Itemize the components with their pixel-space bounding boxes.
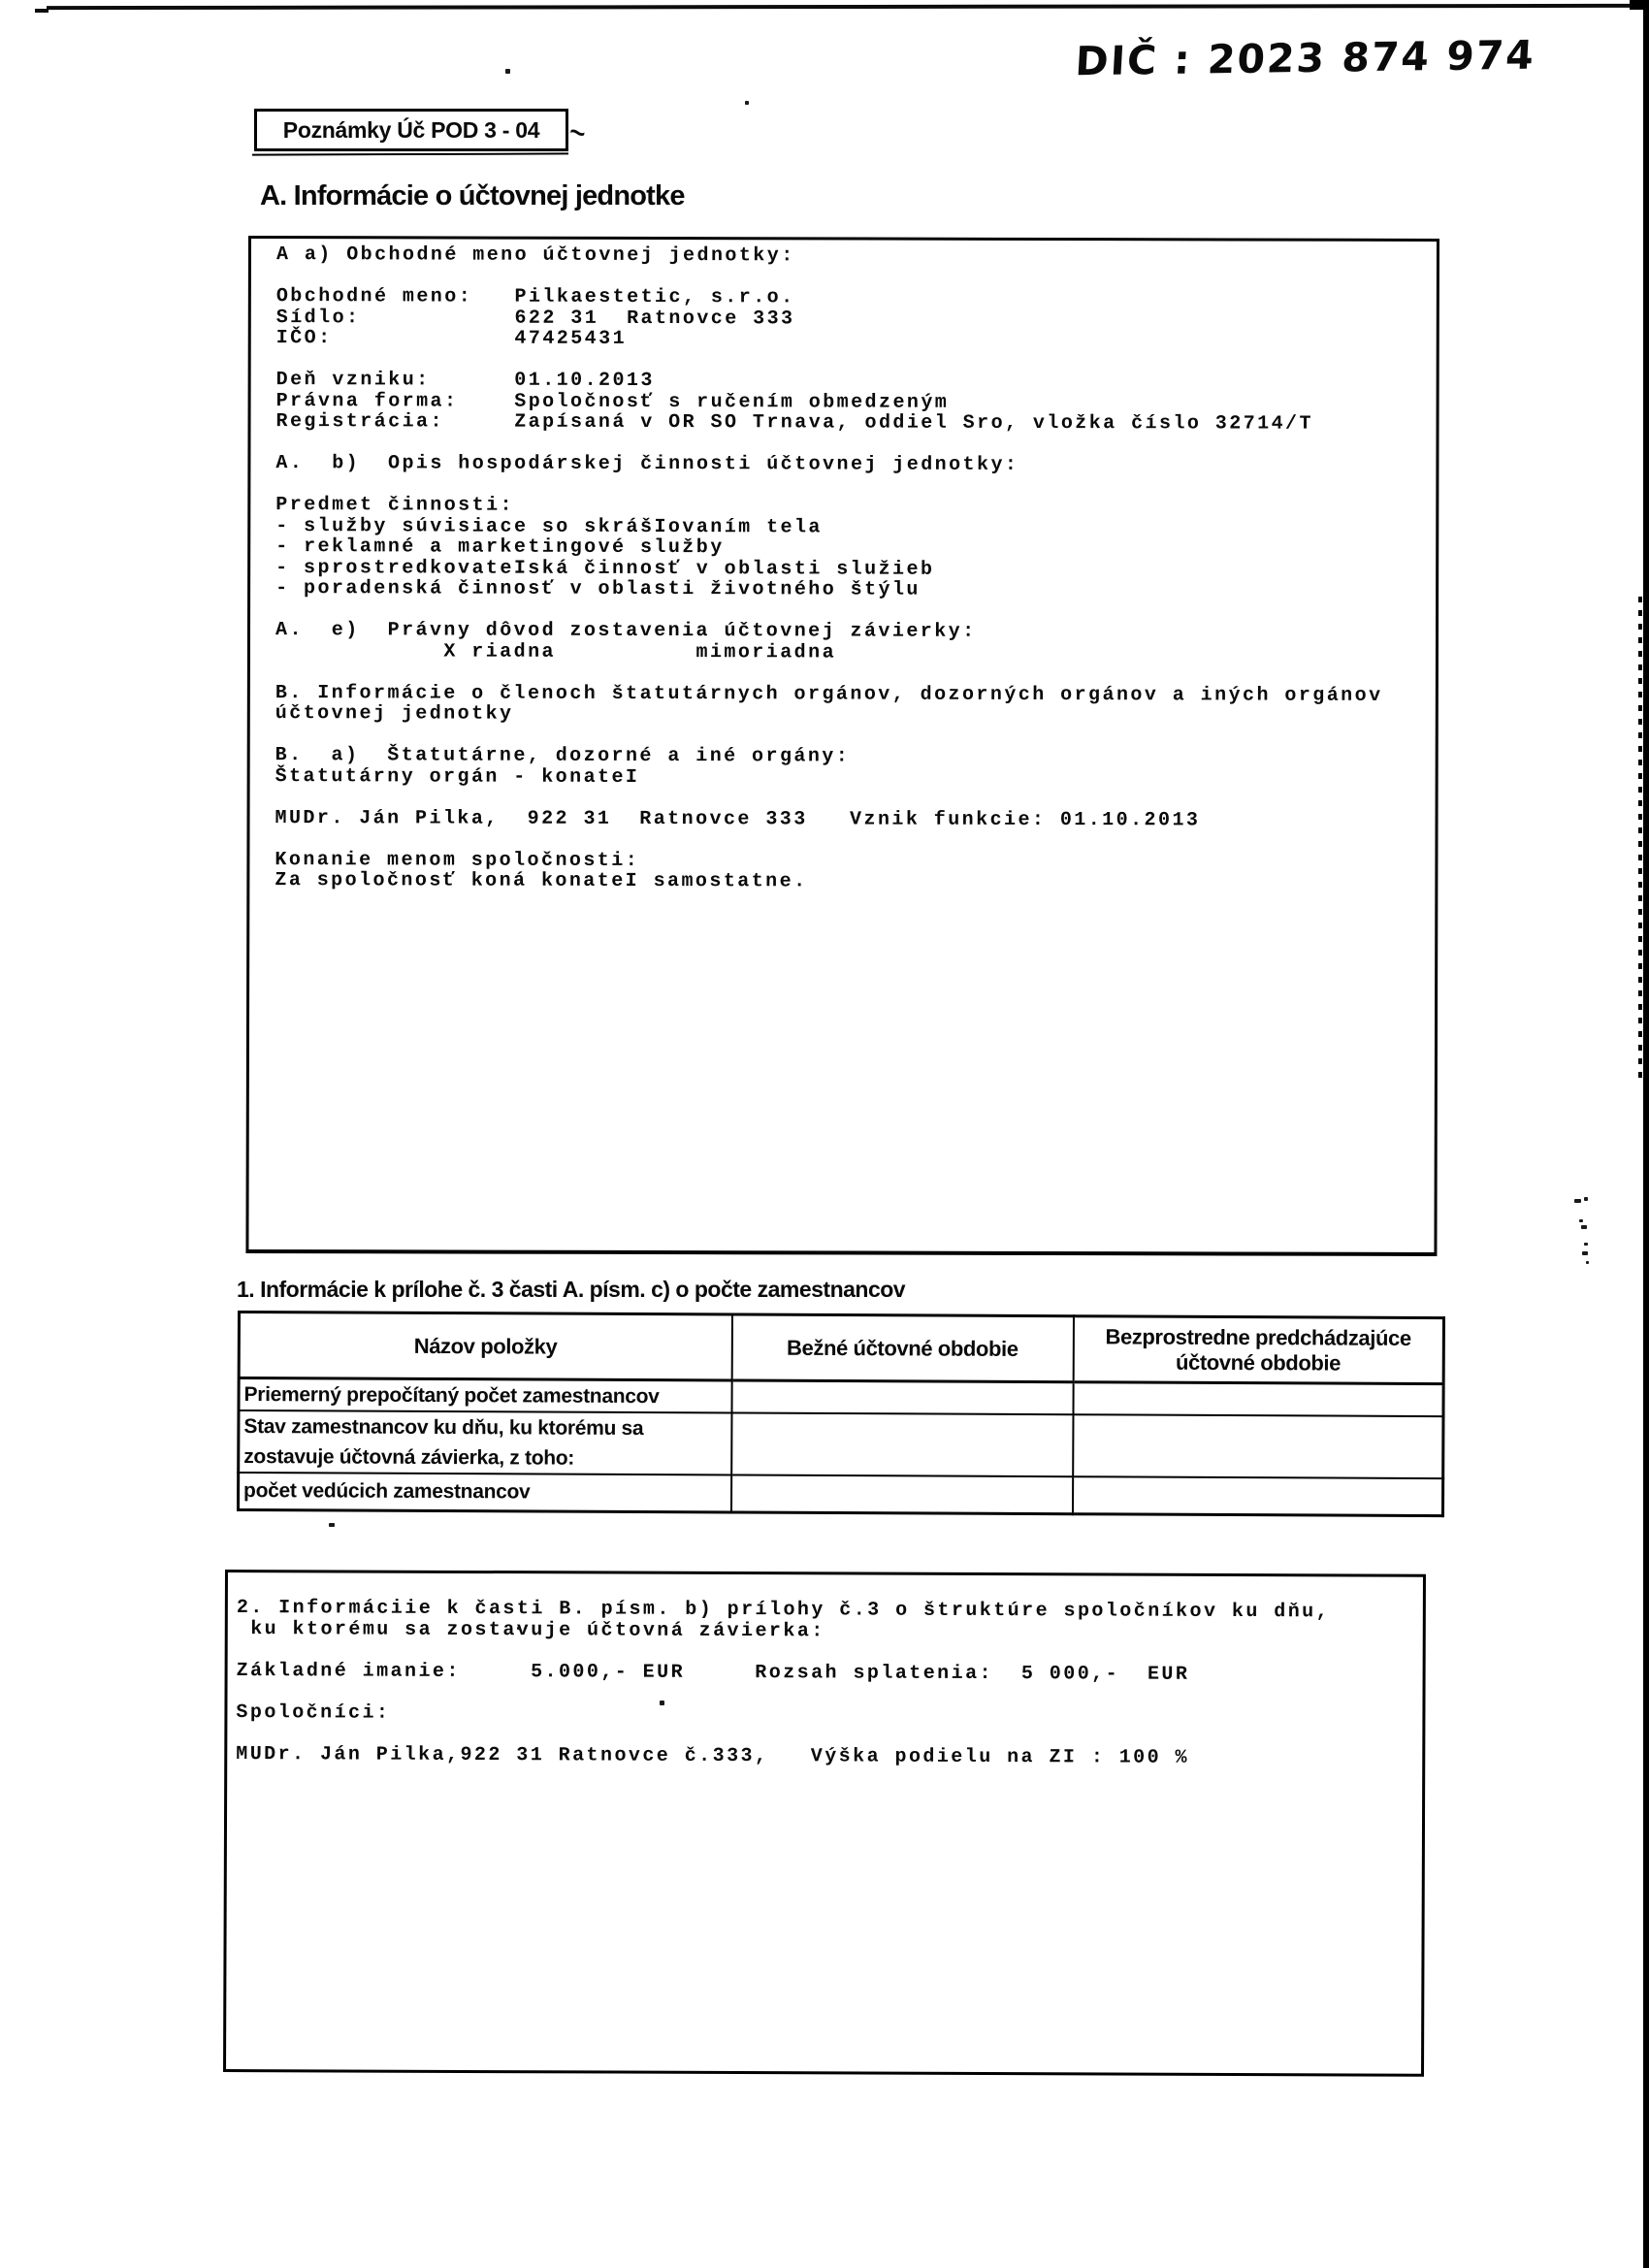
scan-speck <box>1584 1243 1588 1246</box>
cell-current-empty <box>730 1474 1072 1513</box>
handwritten-dic-number: DIČ : 2023 874 974 <box>1073 32 1533 109</box>
table-row: Stav zamestnancov ku dňu, ku ktorému sa … <box>239 1410 1443 1478</box>
employees-table-caption: 1. Informácie k prílohe č. 3 časti A. pí… <box>237 1277 905 1303</box>
unit-info-text: A a) Obchodné meno účtovnej jednotky: Ob… <box>275 244 1383 893</box>
employees-table: Názov položky Bežné účtovné obdobie Bezp… <box>237 1311 1442 1517</box>
scan-top-line <box>47 4 1647 10</box>
cell-previous-empty <box>1073 1414 1443 1478</box>
cell-previous-empty <box>1072 1476 1442 1515</box>
shareholders-box: 2. Informáciie k časti B. písm. b) prílo… <box>223 1570 1426 2077</box>
scan-speck <box>745 101 749 105</box>
scan-speck <box>1584 1197 1588 1201</box>
scanned-document-page: DIČ : 2023 874 974 Poznámky Úč POD 3 - 0… <box>0 0 1649 2268</box>
col-header-previous-period: Bezprostredne predchádzajúce účtovné obd… <box>1073 1316 1443 1384</box>
scan-speck <box>1579 1219 1583 1222</box>
unit-info-box: A a) Obchodné meno účtovnej jednotky: Ob… <box>245 236 1439 1256</box>
shareholders-text: 2. Informáciie k časti B. písm. b) prílo… <box>236 1598 1330 1768</box>
scan-speck <box>1582 1251 1588 1255</box>
cell-current-empty <box>731 1412 1073 1476</box>
col-header-item-name: Názov položky <box>239 1312 731 1380</box>
form-code-box: Poznámky Úč POD 3 - 04 ~ <box>254 109 568 151</box>
scan-speck <box>660 1701 664 1705</box>
form-code-tail-squiggle: ~ <box>566 115 589 149</box>
scan-speck <box>505 69 510 74</box>
form-code-label: Poznámky Úč POD 3 - 04 <box>283 117 539 144</box>
scan-speck <box>517 1627 520 1630</box>
scan-right-edge-ragged <box>1638 597 1642 1082</box>
scan-corner-blob <box>1630 0 1649 10</box>
table-row: počet vedúcich zamestnancov <box>238 1473 1442 1515</box>
scan-top-dash <box>35 9 48 13</box>
col-header-current-period: Bežné účtovné obdobie <box>731 1314 1073 1382</box>
scan-speck <box>1574 1199 1581 1203</box>
cell-previous-empty <box>1073 1382 1443 1416</box>
scan-right-edge-band <box>1643 0 1649 2268</box>
scan-speck <box>1586 1261 1589 1264</box>
row-label-managers-count: počet vedúcich zamestnancov <box>238 1473 730 1511</box>
row-label-average-headcount: Priemerný prepočítaný počet zamestnancov <box>239 1378 731 1413</box>
row-label-headcount-at-date: Stav zamestnancov ku dňu, ku ktorému sa … <box>239 1410 731 1474</box>
cell-current-empty <box>731 1380 1073 1414</box>
scan-speck <box>1581 1225 1587 1229</box>
scan-speck <box>329 1523 335 1527</box>
section-a-heading: A. Informácie o účtovnej jednotke <box>260 180 685 212</box>
